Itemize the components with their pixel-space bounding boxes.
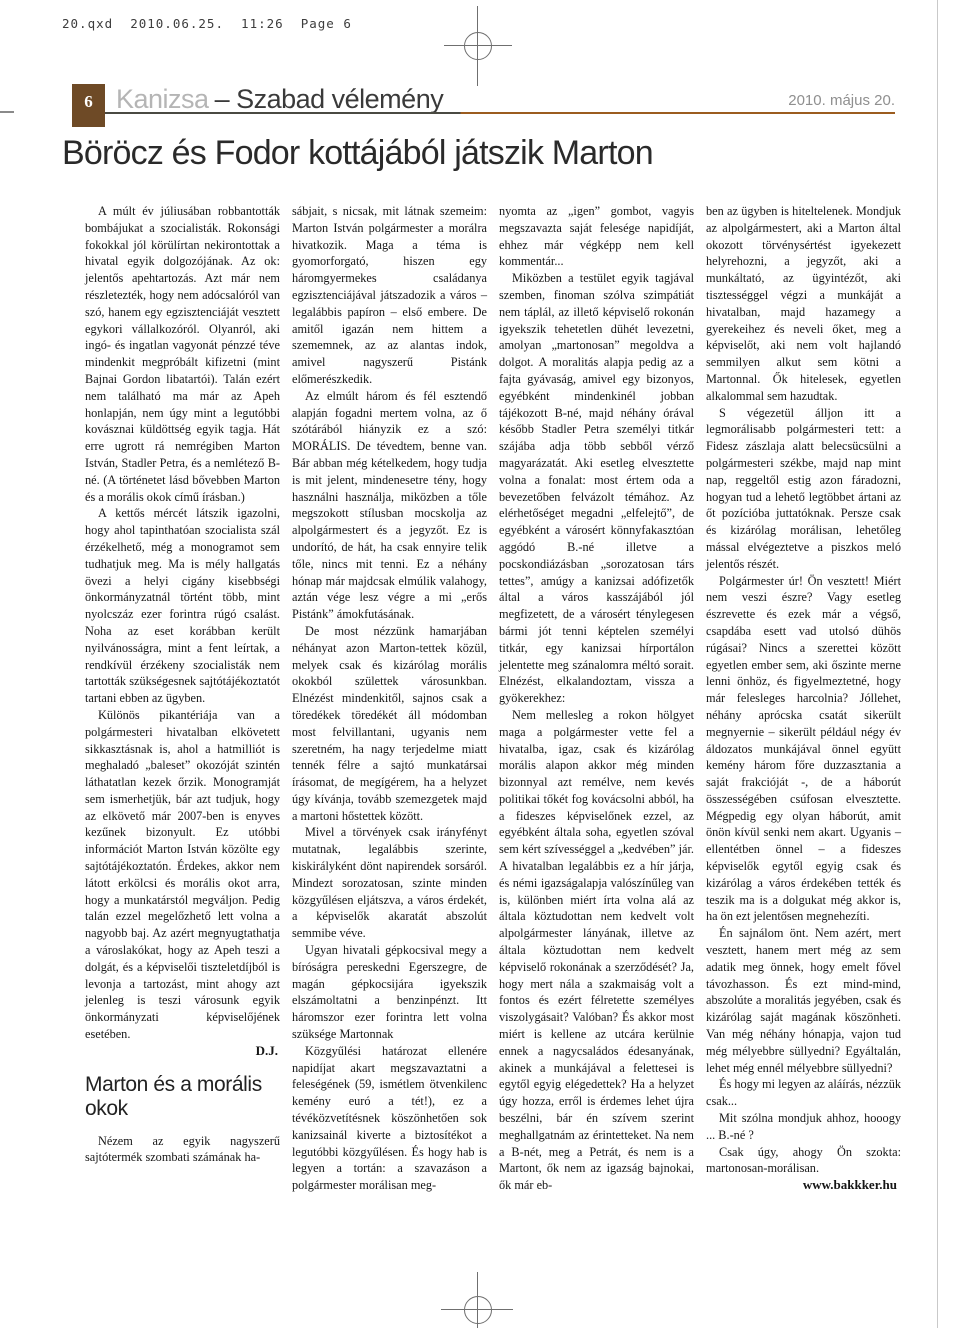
article-paragraph: Mit szólna mondjuk ahhoz, hooogy ... B.-… xyxy=(706,1110,901,1144)
masthead-brand: Kanizsa xyxy=(116,84,209,114)
article-paragraph: Az elmúlt három és fél esztendő alapján … xyxy=(292,388,487,623)
article-column-2: sábjait, s nicsak, mit látnak szemeim: M… xyxy=(292,203,487,1283)
article-column-3: nyomta az „igen” gombot, vagyis megszava… xyxy=(499,203,694,1283)
masthead-title: Kanizsa– Szabad vélemény xyxy=(116,84,443,115)
article-paragraph: Ugyan hivatali gépkocsival megy a bírósá… xyxy=(292,942,487,1043)
article-paragraph: Nézem az egyik nagyszerű sajtótermék szo… xyxy=(85,1133,280,1167)
article-subhead: Marton és a morális okok xyxy=(85,1073,280,1121)
website-signature: www.bakkker.hu xyxy=(706,1177,901,1194)
masthead-section: – Szabad vélemény xyxy=(215,84,444,114)
article-paragraph: De most nézzünk hamarjában néhányat azon… xyxy=(292,623,487,825)
article-headline: Böröcz és Fodor kottájából játszik Marto… xyxy=(62,134,902,173)
article-paragraph: Nem mellesleg a rokon hölgyet maga a pol… xyxy=(499,707,694,1194)
article-paragraph: A múlt év júliusában robbantották bombáj… xyxy=(85,203,280,505)
article-paragraph-continuation: nyomta az „igen” gombot, vagyis megszava… xyxy=(499,203,694,270)
article-paragraph-continuation: sábjait, s nicsak, mit látnak szemeim: M… xyxy=(292,203,487,388)
article-paragraph: S végezetül álljon itt a legmorálisabb p… xyxy=(706,405,901,573)
page-number: 6 xyxy=(84,93,93,110)
author-initials: D.J. xyxy=(85,1043,280,1060)
trim-line-right xyxy=(937,0,938,1328)
page-number-box: 6 xyxy=(72,84,105,127)
newspaper-page: 20.qxd 2010.06.25. 11:26 Page 6 6 Kanizs… xyxy=(0,0,960,1328)
print-slug-line: 20.qxd 2010.06.25. 11:26 Page 6 xyxy=(62,16,352,31)
article-paragraph: Én sajnálom önt. Nem azért, mert vesztet… xyxy=(706,925,901,1076)
trim-tick-left xyxy=(0,111,14,113)
article-paragraph: Különös pikantériája van a polgármesteri… xyxy=(85,707,280,1043)
article-column-1: A múlt év júliusában robbantották bombáj… xyxy=(85,203,280,1283)
article-paragraph: Polgármester úr! Ön vesztett! Miért nem … xyxy=(706,573,901,926)
article-paragraph: És hogy mi legyen az aláírás, nézzük csa… xyxy=(706,1076,901,1110)
article-paragraph: A kettős mércét látszik igazolni, hogy a… xyxy=(85,505,280,707)
article-paragraph: Közgyűlési határozat ellenére napidíjat … xyxy=(292,1043,487,1194)
article-paragraph-continuation: ben az ügyben is hiteltelenek. Mondjuk a… xyxy=(706,203,901,405)
article-paragraph: Miközben a testület egyik tagjával szemb… xyxy=(499,270,694,707)
masthead-rule xyxy=(105,112,895,114)
article-paragraph: Csak úgy, ahogy Ön szokta: martonosan-mo… xyxy=(706,1144,901,1178)
article-paragraph: Mivel a törvények csak irányfényt mutatn… xyxy=(292,824,487,942)
issue-date: 2010. május 20. xyxy=(788,92,895,109)
article-columns: A múlt év júliusában robbantották bombáj… xyxy=(85,203,895,1283)
article-column-4: ben az ügyben is hiteltelenek. Mondjuk a… xyxy=(706,203,901,1283)
